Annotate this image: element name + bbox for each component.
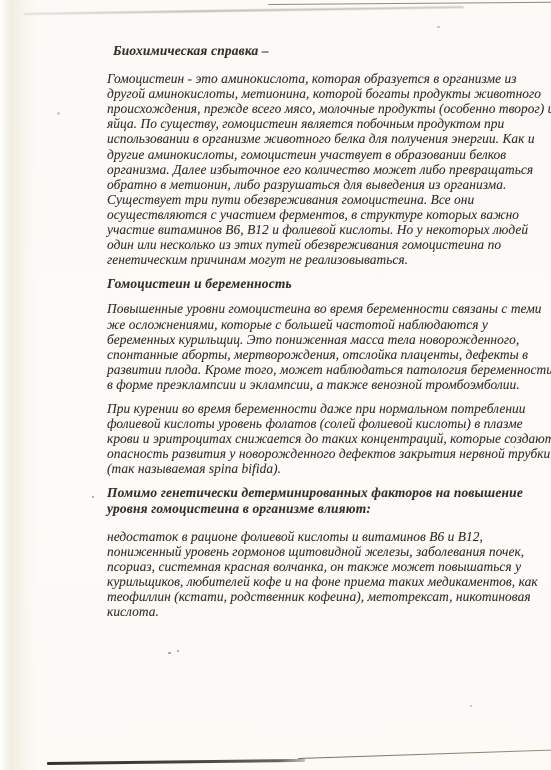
- text-line: крови и эритроцитах снижается до таких к…: [107, 431, 543, 446]
- text-line: развитии плода. Кроме того, может наблюд…: [107, 362, 543, 377]
- scan-speck: [470, 705, 472, 707]
- text-line: другие аминокислоты, гомоцистеин участву…: [107, 147, 543, 162]
- scan-edge-bottom-thin: [298, 750, 551, 760]
- scanned-page: Биохимическая справка –Гомоцистеин - это…: [0, 0, 551, 770]
- block-emphasis: Помимо генетически детерминированных фак…: [107, 485, 543, 515]
- text-line: (так называемая spina bifida).: [107, 461, 543, 476]
- text-line: другой аминокислоты, метионина, которой …: [107, 86, 543, 101]
- scanner-edge-shadow: [0, 0, 38, 770]
- text-line: спонтанные аборты, мертворождения, отсло…: [107, 347, 543, 362]
- text-line: Повышенные уровни гомоцистеина во время …: [107, 301, 543, 316]
- scan-speck: [177, 650, 179, 652]
- text-line: опасность развития у новорожденного дефе…: [107, 446, 543, 461]
- scan-edge-bottom: [47, 759, 305, 765]
- text-line: Существует три пути обезвреживания гомоц…: [107, 192, 543, 207]
- document-content: Биохимическая справка –Гомоцистеин - это…: [107, 43, 543, 628]
- text-line: яйца. По существу, гомоцистеин является …: [107, 116, 543, 131]
- text-line: Биохимическая справка –: [113, 43, 543, 58]
- text-line: организма. Далее избыточное его количест…: [107, 162, 543, 177]
- block-paragraph: Повышенные уровни гомоцистеина во время …: [107, 301, 543, 392]
- block-paragraph: При курении во время беременности даже п…: [107, 401, 543, 476]
- text-line: кислота.: [107, 604, 543, 619]
- scan-speck: [92, 496, 94, 498]
- text-line: происхождения, прежде всего мясо, молочн…: [107, 101, 543, 116]
- text-line: генетическим причинам могут не реализовы…: [107, 252, 543, 267]
- text-line: Помимо генетически детерминированных фак…: [107, 485, 543, 500]
- text-line: псориаз, системная красная волчанка, он …: [107, 559, 543, 574]
- block-heading: Гомоцистеин и беременность: [107, 276, 543, 291]
- scan-speck: [168, 652, 171, 654]
- scan-speck: [437, 26, 440, 28]
- scan-edge-top-dark: [268, 2, 551, 6]
- text-line: уровня гомоцистеина в организме влияют:: [107, 501, 543, 516]
- text-line: в форме преэклампсии и эклампсии, а такж…: [107, 377, 543, 392]
- text-line: теофиллин (кстати, родственник кофеина),…: [107, 589, 543, 604]
- scan-speck: [57, 112, 60, 115]
- block-paragraph: Гомоцистеин - это аминокислота, которая …: [107, 71, 543, 267]
- text-line: же осложнениями, которые с большей часто…: [107, 317, 543, 332]
- text-line: обратно в метионин, либо разрушаться для…: [107, 177, 543, 192]
- block-title: Биохимическая справка –: [113, 43, 543, 58]
- text-line: Гомоцистеин и беременность: [107, 276, 543, 291]
- text-line: Гомоцистеин - это аминокислота, которая …: [107, 71, 543, 86]
- text-line: участие витаминов В6, В12 и фолиевой кис…: [107, 222, 543, 237]
- text-line: недостаток в рационе фолиевой кислоты и …: [107, 529, 543, 544]
- block-paragraph: недостаток в рационе фолиевой кислоты и …: [107, 529, 543, 620]
- text-line: осуществляются с участием ферментов, в с…: [107, 207, 543, 222]
- text-line: использовании в организме животного белк…: [107, 131, 543, 146]
- text-line: пониженный уровень гормонов щитовидной ж…: [107, 544, 543, 559]
- text-line: один или несколько из этих путей обезвре…: [107, 237, 543, 252]
- text-line: курильщиков, любителей кофе и на фоне пр…: [107, 574, 543, 589]
- text-line: фолиевой кислоты уровень фолатов (солей …: [107, 416, 543, 431]
- text-line: При курении во время беременности даже п…: [107, 401, 543, 416]
- scan-edge-top: [24, 6, 464, 15]
- text-line: беременных курильщиц. Это пониженная мас…: [107, 332, 543, 347]
